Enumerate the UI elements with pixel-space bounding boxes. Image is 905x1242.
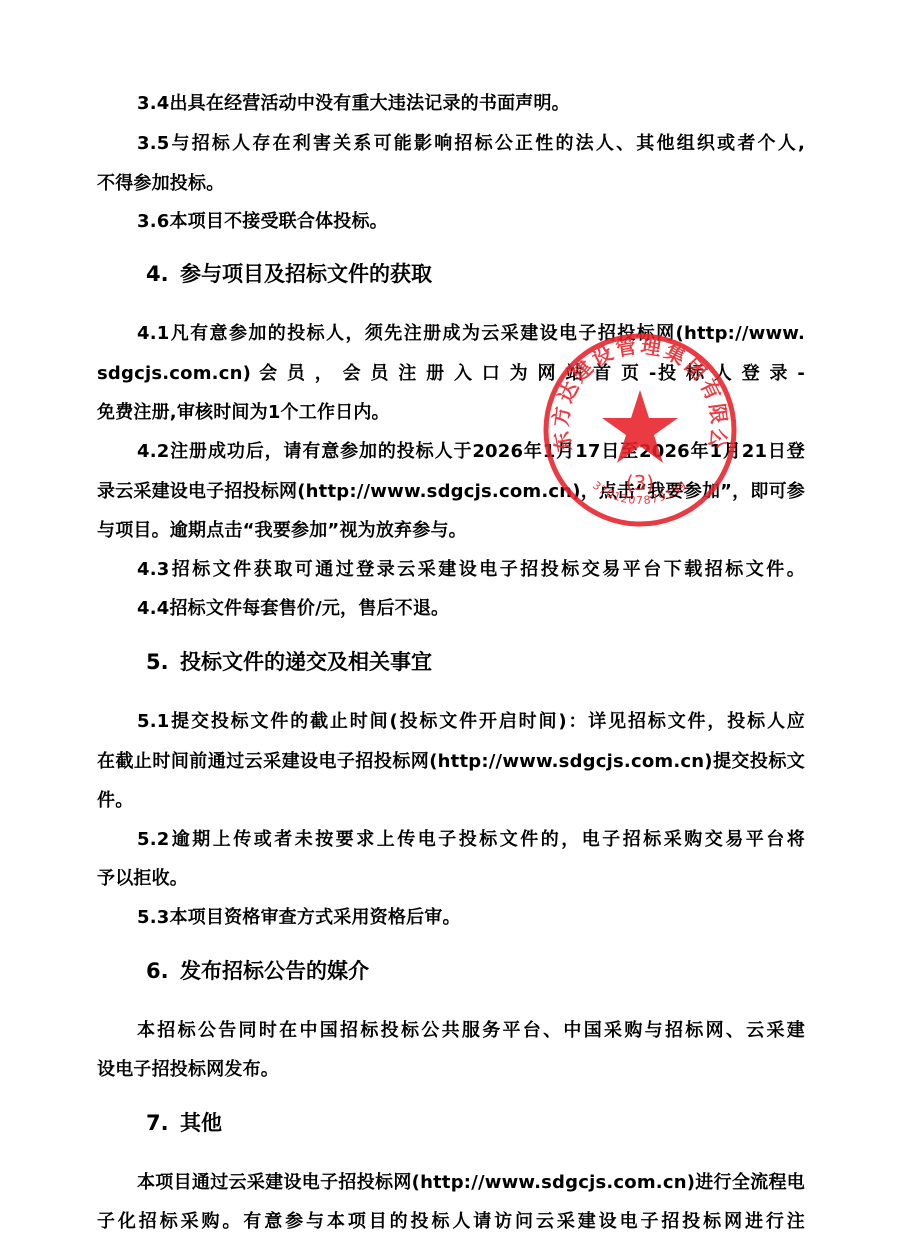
seal-sub-text: (3) [626,471,654,495]
section-7-para-line2: 子化招标采购。有意参与本项目的投标人请访问云采建设电子招投标网进行注 [97,1210,805,1234]
section-4-title: 参与项目及招标文件的获取 [180,262,432,286]
section-6-title: 发布招标公告的媒介 [180,959,369,983]
section-5-heading: 5.投标文件的递交及相关事宜 [146,648,432,676]
section-7-title: 其他 [180,1111,222,1135]
item-4-3: 4.3招标文件获取可通过登录云采建设电子招投标交易平台下载招标文件。 [137,558,805,582]
item-5-1-line1: 5.1提交投标文件的截止时间(投标文件开启时间)：详见招标文件，投标人应 [137,710,805,734]
section-7-number: 7. [146,1109,180,1137]
item-5-1-line2: 在截止时间前通过云采建设电子招投标网(http://www.sdgcjs.com… [97,750,805,774]
section-6-para-line1: 本招标公告同时在中国招标投标公共服务平台、中国采购与招标网、云采建 [137,1019,805,1043]
section-4-number: 4. [146,260,180,288]
item-3-5-line2: 不得参加投标。 [97,172,805,196]
section-6-para-line2: 设电子招投标网发布。 [97,1058,805,1082]
item-3-4: 3.4出具在经营活动中没有重大违法记录的书面声明。 [137,92,805,116]
item-3-6: 3.6本项目不接受联合体投标。 [137,210,805,234]
section-6-number: 6. [146,957,180,985]
item-5-2-line1: 5.2逾期上传或者未按要求上传电子投标文件的，电子招标采购交易平台将 [137,828,805,852]
section-7-heading: 7.其他 [146,1109,222,1137]
item-5-3: 5.3本项目资格审查方式采用资格后审。 [137,906,805,930]
section-5-number: 5. [146,648,180,676]
item-5-2-line2: 予以拒收。 [97,867,805,891]
seal-icon: 山东方达建设管理集团有限公司 (3) 3701207879139 [540,330,740,530]
section-5-title: 投标文件的递交及相关事宜 [180,650,432,674]
section-4-heading: 4.参与项目及招标文件的获取 [146,260,432,288]
section-7-para-line1: 本项目通过云采建设电子招投标网(http://www.sdgcjs.com.cn… [137,1171,805,1195]
company-seal: 山东方达建设管理集团有限公司 (3) 3701207879139 [540,330,740,530]
item-3-5-line1: 3.5与招标人存在利害关系可能影响招标公正性的法人、其他组织或者个人, [137,132,805,156]
item-5-1-line3: 件。 [97,789,805,813]
document-page: 3.4出具在经营活动中没有重大违法记录的书面声明。 3.5与招标人存在利害关系可… [0,0,905,1242]
section-6-heading: 6.发布招标公告的媒介 [146,957,369,985]
item-4-4: 4.4招标文件每套售价/元，售后不退。 [137,597,805,621]
